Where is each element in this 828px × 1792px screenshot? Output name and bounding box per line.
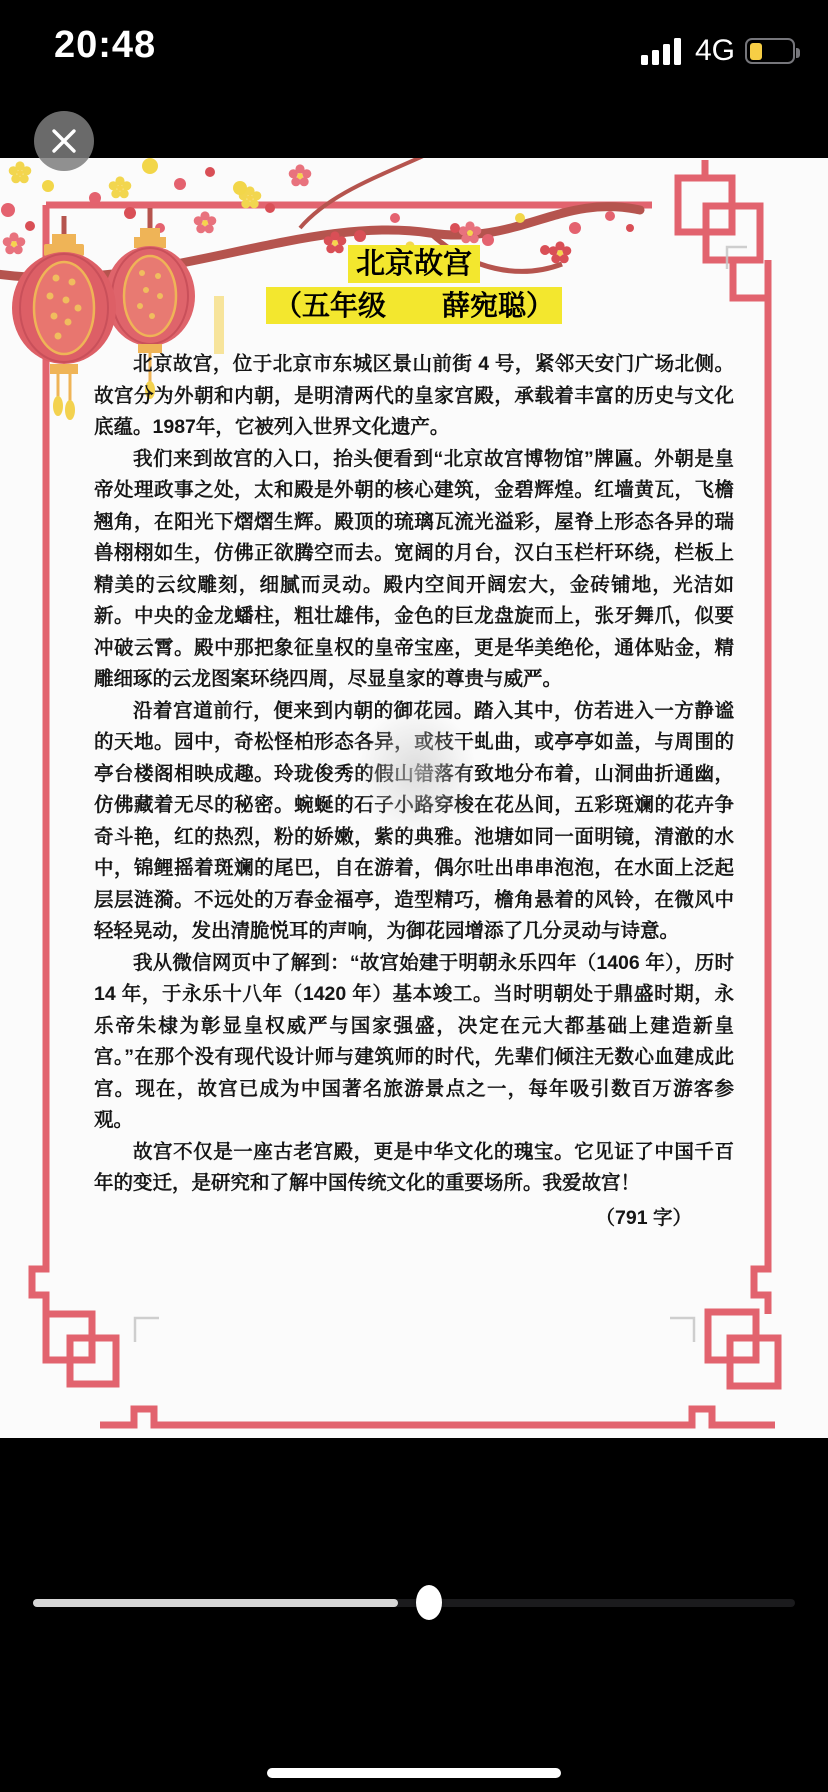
scrubber-fill <box>33 1599 398 1607</box>
close-button[interactable] <box>34 111 94 171</box>
essay-photo[interactable]: 北京故宫 （五年级 薛宛聪） 北京故宫，位于北京市东城区景山前街 4 号，紧邻天… <box>0 158 828 1438</box>
network-label: 4G <box>695 34 735 68</box>
iphone-screen: 20:48 4G <box>0 0 828 1792</box>
battery-nub <box>796 48 800 58</box>
essay-paragraph: 我从微信网页中了解到：“故宫始建于明朝永乐四年（1406 年），历时 14 年，… <box>94 948 734 1137</box>
home-indicator[interactable] <box>267 1768 561 1778</box>
battery-icon <box>745 38 795 64</box>
scrubber-thumb[interactable] <box>416 1585 442 1620</box>
status-bar: 20:48 4G <box>0 0 828 100</box>
essay-body: 北京故宫，位于北京市东城区景山前街 4 号，紧邻天安门广场北侧。故宫分为外朝和内… <box>94 349 734 1200</box>
essay-paragraph: 我们来到故宫的入口，抬头便看到“北京故宫博物馆”牌匾。外朝是皇帝处理政事之处，太… <box>94 444 734 696</box>
essay-paragraph: 故宫不仅是一座古老宫殿，更是中华文化的瑰宝。它见证了中国千百年的变迁，是研究和了… <box>94 1137 734 1200</box>
essay-paragraph: 北京故宫，位于北京市东城区景山前街 4 号，紧邻天安门广场北侧。故宫分为外朝和内… <box>94 349 734 444</box>
essay-subtitle: （五年级 薛宛聪） <box>94 288 734 323</box>
subtitle-highlight: （五年级 薛宛聪） <box>266 287 562 324</box>
battery-fill <box>750 43 762 60</box>
essay-title: 北京故宫 <box>94 246 734 282</box>
cellular-signal-icon <box>641 38 685 65</box>
scrubber[interactable] <box>0 1586 828 1620</box>
essay-content: 北京故宫 （五年级 薛宛聪） 北京故宫，位于北京市东城区景山前街 4 号，紧邻天… <box>0 158 828 1230</box>
essay-paragraph: 沿着宫道前行，便来到内朝的御花园。踏入其中，仿若进入一方静谧的天地。园中，奇松怪… <box>94 696 734 948</box>
status-icons: 4G <box>641 34 795 68</box>
scrubber-track[interactable] <box>33 1599 795 1607</box>
status-time: 20:48 <box>54 24 156 67</box>
close-x-icon <box>51 128 77 154</box>
title-highlight: 北京故宫 <box>348 245 480 283</box>
word-count: （791 字） <box>94 1202 734 1230</box>
